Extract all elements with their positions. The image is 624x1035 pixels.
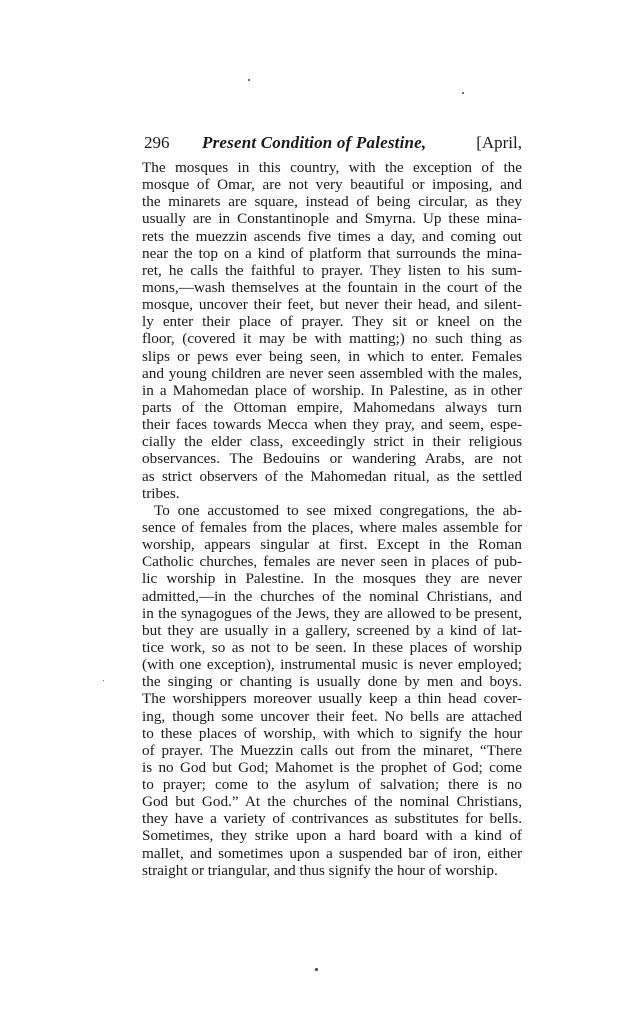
text-line: tice work, so as not to be seen. In thes… [142,639,522,656]
text-line: rets the muezzin ascends five times a da… [142,228,522,245]
page-number: 296 [144,133,170,153]
text-line: to these places of worship, with which t… [142,725,522,742]
text-line: their faces towards Mecca when they pray… [142,416,522,433]
text-line: The worshippers moreover usually keep a … [142,690,522,707]
text-line: is no God but God; Mahomet is the prophe… [142,759,522,776]
scan-speck [315,968,318,971]
running-header: 296 Present Condition of Palestine, [Apr… [144,133,522,155]
text-line: Catholic churches, females are never see… [142,553,522,570]
text-line: cially the elder class, exceedingly stri… [142,433,522,450]
scan-speck [103,680,104,681]
book-page: 296 Present Condition of Palestine, [Apr… [0,0,624,1035]
text-line: near the top on a kind of platform that … [142,245,522,262]
text-line: as strict observers of the Mahomedan rit… [142,468,522,485]
text-line: of prayer. The Muezzin calls out from th… [142,742,522,759]
running-month: [April, [476,133,522,153]
text-line: ret, he calls the faithful to prayer. Th… [142,262,522,279]
text-line: mons,—wash themselves at the fountain in… [142,279,522,296]
text-line: observances. The Bedouins or wandering A… [142,450,522,467]
text-line: straight or triangular, and thus signify… [142,862,522,879]
text-line: usually are in Constantinople and Smyrna… [142,210,522,227]
text-line: lic worship in Palestine. In the mosques… [142,570,522,587]
text-line: in the synagogues of the Jews, they are … [142,605,522,622]
text-line: To one accustomed to see mixed congregat… [142,502,522,519]
text-line: and young children are never seen assemb… [142,365,522,382]
text-line: tribes. [142,485,522,502]
text-line: The mosques in this country, with the ex… [142,159,522,176]
text-line: they have a variety of contrivances as s… [142,810,522,827]
text-line: Sometimes, they strike upon a hard board… [142,827,522,844]
body-text: The mosques in this country, with the ex… [142,159,522,879]
text-line: in a Mahomedan place of worship. In Pale… [142,382,522,399]
text-line: (with one exception), instrumental music… [142,656,522,673]
text-line: floor, (covered it may be with matting;)… [142,330,522,347]
text-line: sence of females from the places, where … [142,519,522,536]
scan-speck [462,92,464,94]
text-line: the minarets are square, instead of bein… [142,193,522,210]
text-line: mallet, and sometimes upon a suspended b… [142,845,522,862]
text-line: ly enter their place of prayer. They sit… [142,313,522,330]
text-line: worship, appears singular at first. Exce… [142,536,522,553]
text-line: parts of the Ottoman empire, Mahomedans … [142,399,522,416]
text-line: mosque of Omar, are not very beautiful o… [142,176,522,193]
text-line: admitted,—in the churches of the nominal… [142,588,522,605]
text-line: mosque, uncover their feet, but never th… [142,296,522,313]
scan-speck [248,79,250,81]
running-title: Present Condition of Palestine, [202,133,426,153]
text-line: but they are usually in a gallery, scree… [142,622,522,639]
text-line: slips or pews ever being seen, in which … [142,348,522,365]
text-line: ing, though some uncover their feet. No … [142,708,522,725]
text-line: to prayer; come to the asylum of salvati… [142,776,522,793]
text-line: the singing or chanting is usually done … [142,673,522,690]
text-line: God but God.” At the churches of the nom… [142,793,522,810]
